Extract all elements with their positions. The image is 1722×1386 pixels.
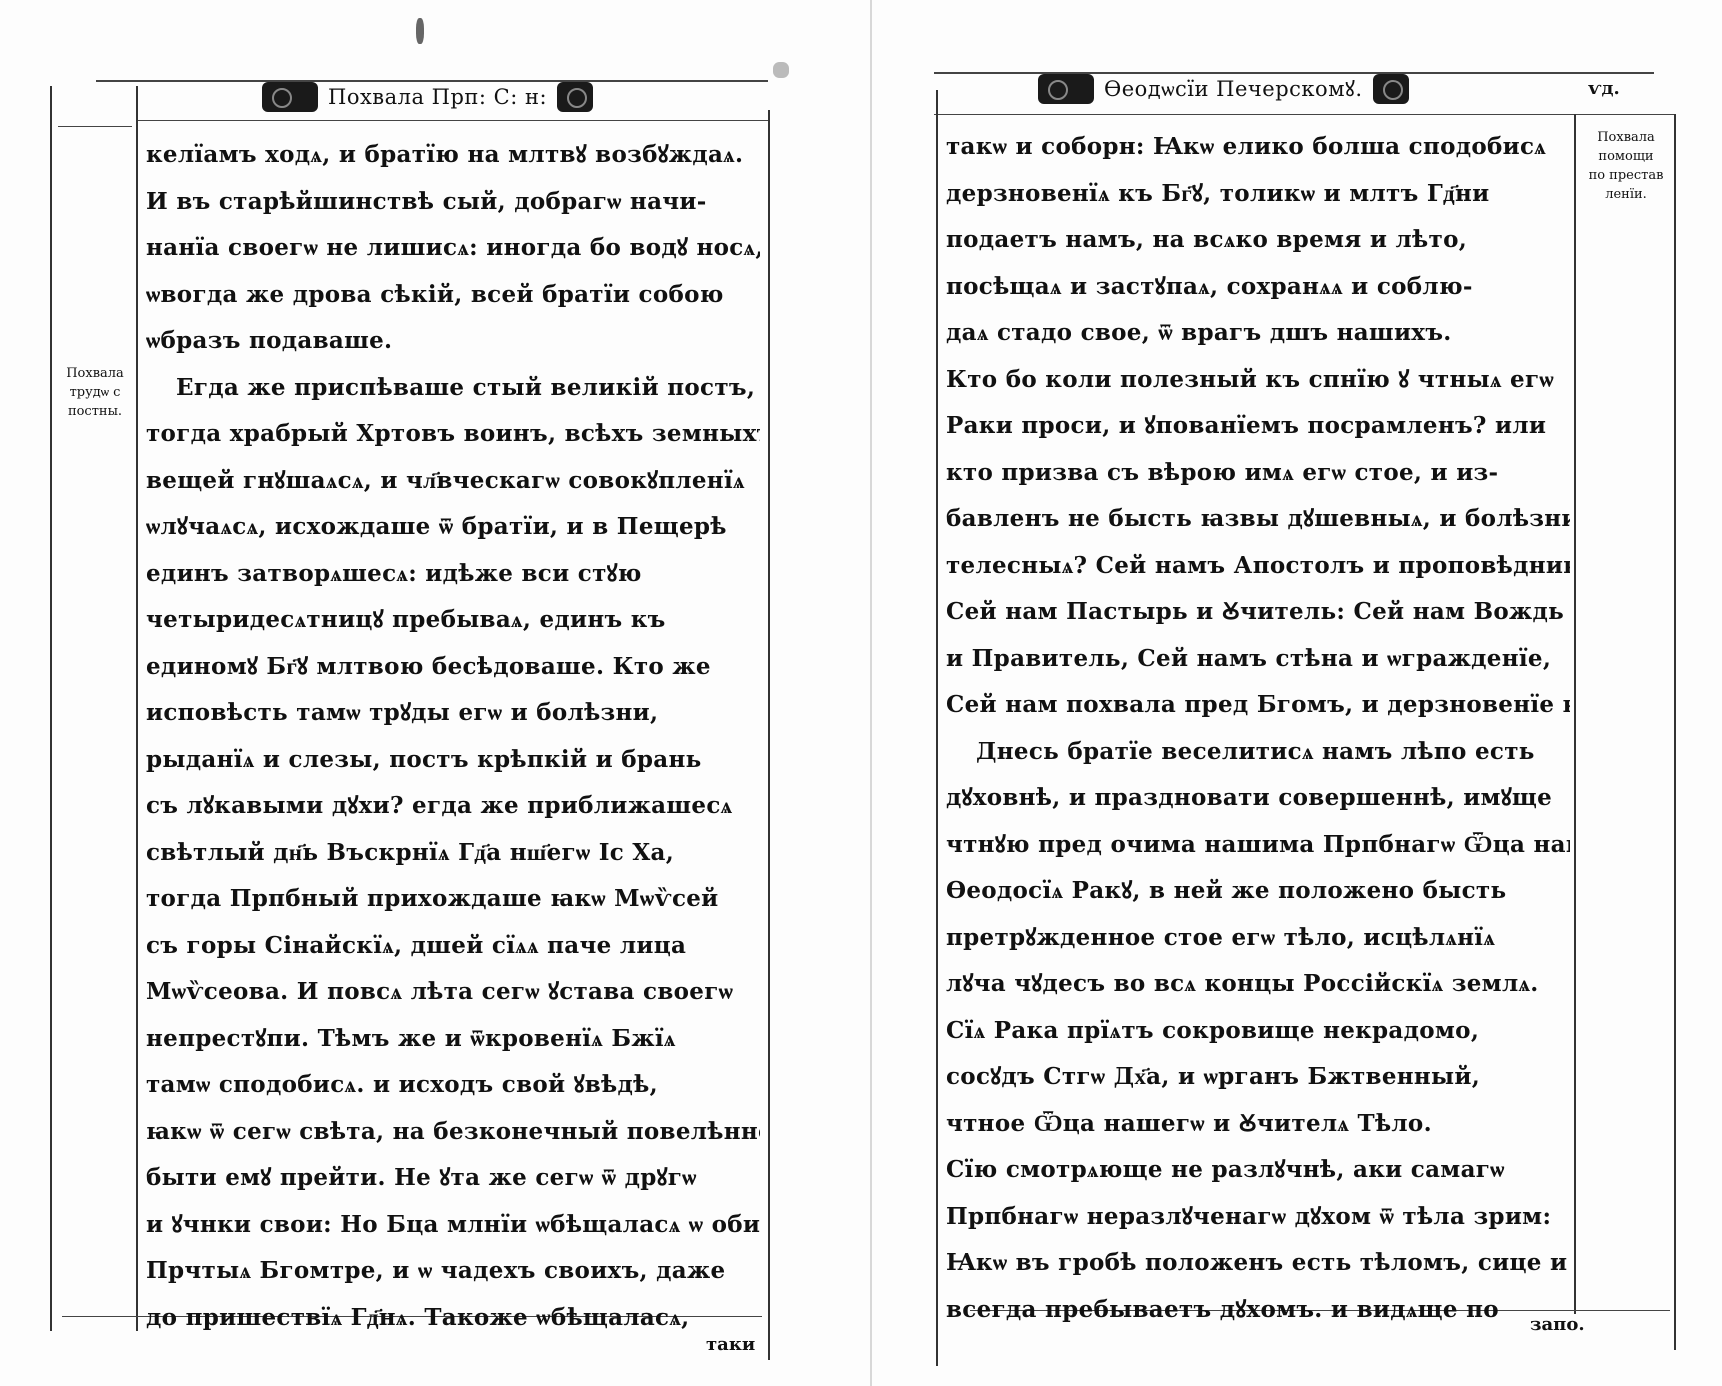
text-line: чтное Ѿца нашегѡ и Ꙋчителѧ Тѣло. — [946, 1101, 1570, 1148]
text-line: посѣщаѧ и застꙋпаѧ, сохранѧѧ и соблю- — [946, 264, 1570, 311]
text-line: Кто бо коли полезный къ спнїю ꙋ чтныѧ ег… — [946, 357, 1570, 404]
left-page: Похвала Прп: С: н: Похвала трудѡ с постн… — [0, 0, 860, 1386]
text-line: дерзновенїѧ къ Бг҃ꙋ, толикѡ и млтъ Гд҃ни — [946, 171, 1570, 218]
text-line: быти емꙋ прейти. Не ꙋта же сегѡ ѿ дрꙋгѡ — [146, 1155, 760, 1202]
text-line: Раки проси, и ꙋпованїемъ посрамленъ? или — [946, 403, 1570, 450]
margin-note-line: трудѡ с — [52, 383, 138, 402]
headpiece-ornament-icon — [1373, 74, 1409, 104]
left-gutter-rule — [768, 110, 770, 1360]
text-line: ꙗкѡ ѿ сегѡ свѣта, на безконечный повелѣн… — [146, 1109, 760, 1156]
text-line: тогда храбрый Хртовъ воинъ, всѣхъ земных… — [146, 411, 760, 458]
headpiece-ornament-icon — [262, 82, 318, 112]
left-body-text: келїамъ ходѧ, и братїю на млтвꙋ возбꙋжда… — [146, 132, 760, 1341]
text-line: и Правитель, Сей намъ стѣна и ѡгражденїе… — [946, 636, 1570, 683]
text-line: даѧ стадо свое, ѿ врагъ дшъ нашихъ. — [946, 310, 1570, 357]
text-line: Егда же приспѣваше стый великій постъ, — [146, 365, 760, 412]
left-running-header: Похвала Прп: С: н: — [262, 82, 593, 112]
text-line: съ лꙋкавыми дꙋхи? егда же приближашесѧ — [146, 783, 760, 830]
text-line: подаетъ намъ, на всѧко время и лѣто, — [946, 217, 1570, 264]
text-line: чтнꙋю пред очима нашима Прпбнагѡ Ѿца наш… — [946, 822, 1570, 869]
text-line: келїамъ ходѧ, и братїю на млтвꙋ возбꙋжда… — [146, 132, 760, 179]
text-line: тогда Прпбный прихождаше ꙗкѡ Мѡѷсей — [146, 876, 760, 923]
text-line: ѡлꙋчаѧсѧ, исхождаше ѿ братїи, и в Пещерѣ — [146, 504, 760, 551]
right-body-text: такѡ и соборн: Ꙗкѡ елико болша сподобисѧ… — [946, 124, 1570, 1333]
right-gutter-rule — [936, 90, 938, 1366]
left-margin-note: Похвала трудѡ с постны. — [52, 364, 138, 421]
right-text-rule — [1574, 114, 1576, 1314]
left-catchword: таки — [706, 1334, 755, 1355]
right-catchword: запо. — [1530, 1314, 1585, 1335]
text-line: всегда пребываетъ дꙋхомъ. и видѧще по — [946, 1287, 1570, 1334]
text-line: съ горы Сінайскїѧ, дшей сїѧѧ паче лица — [146, 923, 760, 970]
text-line: Сїѧ Рака прїѧтъ сокровище некрадомо, — [946, 1008, 1570, 1055]
right-outer-rule — [1674, 114, 1676, 1350]
text-line: Прпбнагѡ неразлꙋченагѡ дꙋхом ѿ тѣла зрим… — [946, 1194, 1570, 1241]
text-line: Ꙗкѡ въ гробѣ положенъ есть тѣломъ, сице … — [946, 1240, 1570, 1287]
text-line: кто призва съ вѣрою имѧ егѡ стое, и из- — [946, 450, 1570, 497]
headpiece-ornament-icon — [1038, 74, 1094, 104]
right-page: Ѳеодѡсїи Печерскомꙋ. ѵд. Похвала помощи … — [880, 0, 1722, 1386]
margin-note-line: Похвала — [52, 364, 138, 383]
folio-number: ѵд. — [1588, 78, 1620, 99]
text-line: до пришествїѧ Гд҃нѧ. Такожe ѡбѣщаласѧ, — [146, 1295, 760, 1342]
margin-note-line: помощи — [1578, 147, 1674, 166]
right-header-title: Ѳеодѡсїи Печерскомꙋ. — [1104, 75, 1363, 103]
text-line: единъ затворѧшесѧ: идѣже вси стꙋю — [146, 551, 760, 598]
text-line: дꙋховнѣ, и праздновати совершеннѣ, имꙋще — [946, 775, 1570, 822]
text-line: единомꙋ Бг҃ꙋ млтвою бесѣдоваше. Кто же — [146, 644, 760, 691]
text-line: претрꙋжденное стое егѡ тѣло, исцѣлѧнїѧ — [946, 915, 1570, 962]
text-line: сосꙋдъ Стгѡ Дх҃а, и ѡрганъ Бжтвенный, — [946, 1054, 1570, 1101]
left-outer-rule — [50, 86, 52, 1331]
text-line: Ѳеодосїѧ Ракꙋ, в ней же положено бысть — [946, 868, 1570, 915]
text-line: бавленъ не бысть ꙗзвы дꙋшевныѧ, и болѣзн… — [946, 496, 1570, 543]
book-spread: Похвала Прп: С: н: Похвала трудѡ с постн… — [0, 0, 1722, 1386]
text-line: и ꙋчнки свои: Но Бца млнїи ѡбѣщаласѧ ѡ о… — [146, 1202, 760, 1249]
margin-note-line: по престав — [1578, 166, 1674, 185]
text-line: лꙋча чꙋдесъ во всѧ концы Россійскїѧ земл… — [946, 961, 1570, 1008]
text-line: непрестꙋпи. Тѣмъ же и ѿкровенїѧ Бжїѧ — [146, 1016, 760, 1063]
right-header-rule — [934, 114, 1674, 115]
text-line: ѡвогда же дрова сѣкій, всей братїи собою — [146, 272, 760, 319]
text-line: четыридесѧтницꙋ пребываѧ, единъ къ — [146, 597, 760, 644]
text-line: И въ старѣйшинствѣ сый, добрагѡ начи- — [146, 179, 760, 226]
text-line: Сей нам похвала пред Бгомъ, и дерзновенї… — [946, 682, 1570, 729]
headpiece-ornament-icon — [557, 82, 593, 112]
margin-note-line: Похвала — [1578, 128, 1674, 147]
text-line: Днесь братїе веселитисѧ намъ лѣпо есть — [946, 729, 1570, 776]
text-line: Сей нам Пастырь и Ꙋчитель: Сей нам Вождь — [946, 589, 1570, 636]
text-line: нанїа своегѡ не лишисѧ: иногда бо водꙋ н… — [146, 225, 760, 272]
text-line: ѡбразъ подаваше. — [146, 318, 760, 365]
text-line: Прчтыѧ Бгомтре, и ѡ чадехъ своихъ, даже — [146, 1248, 760, 1295]
text-line: тамѡ сподобисѧ. и исходъ свой ꙋвѣдѣ, — [146, 1062, 760, 1109]
text-line: Мѡѷсеова. И повсѧ лѣта сегѡ ꙋстава своег… — [146, 969, 760, 1016]
left-header-title: Похвала Прп: С: н: — [328, 85, 547, 109]
text-line: рыданїѧ и слезы, постъ крѣпкій и брань — [146, 737, 760, 784]
margin-note-line: постны. — [52, 402, 138, 421]
right-running-header: Ѳеодѡсїи Печерскомꙋ. — [1038, 74, 1409, 104]
text-line: исповѣсть тамѡ трꙋды егѡ и болѣзни, — [146, 690, 760, 737]
right-margin-note: Похвала помощи по престав ленїи. — [1578, 128, 1674, 204]
text-line: Сїю смотрѧюще не разлꙋчнѣ, аки самагѡ — [946, 1147, 1570, 1194]
margin-note-line: ленїи. — [1578, 185, 1674, 204]
left-inner-margin-rule — [136, 86, 138, 1331]
left-header-rule — [136, 120, 768, 121]
text-line: свѣтлый дн҃ь Въскрнїѧ Гд҃а нш҃егѡ Іс Ха, — [146, 830, 760, 877]
text-line: такѡ и соборн: Ꙗкѡ елико болша сподобисѧ — [946, 124, 1570, 171]
text-line: телесныѧ? Сей намъ Апостолъ и проповѣдни… — [946, 543, 1570, 590]
left-margin-top-rule — [58, 126, 132, 127]
text-line: вещей гнꙋшаѧсѧ, и чл҃вческагѡ совокꙋплен… — [146, 458, 760, 505]
gutter — [870, 0, 872, 1386]
